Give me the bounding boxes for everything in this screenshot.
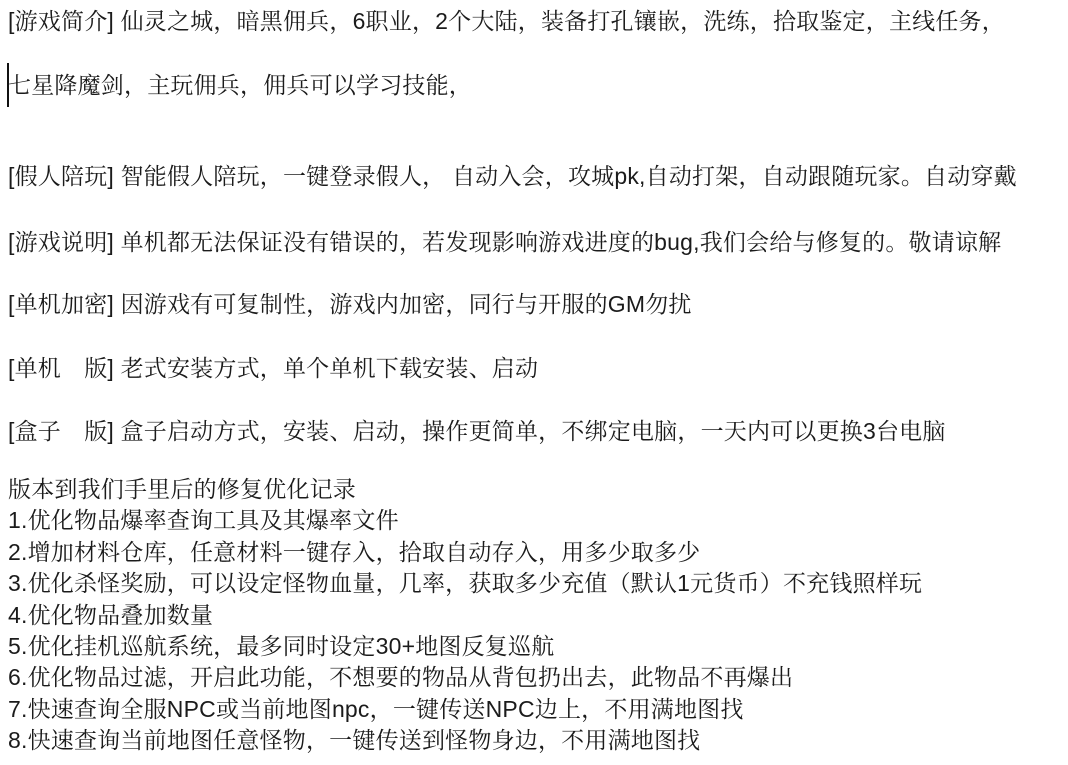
paragraph-game-intro-line2: 七星降魔剑，主玩佣兵，佣兵可以学习技能，: [8, 70, 472, 100]
changelog-item: 2.增加材料仓库，任意材料一键存入，拾取自动存入，用多少取多少: [8, 537, 922, 568]
changelog-item: 1.优化物品爆率查询工具及其爆率文件: [8, 505, 922, 536]
paragraph-standalone-edition: [单机 版] 老式安装方式，单个单机下载安装、启动: [8, 353, 538, 383]
paragraph-encryption: [单机加密] 因游戏有可复制性，游戏内加密，同行与开服的GM勿扰: [8, 289, 692, 319]
text-editor-area[interactable]: [游戏简介] 仙灵之城，暗黑佣兵，6职业，2个大陆，装备打孔镶嵌，洗练，拾取鉴定…: [0, 0, 1068, 765]
paragraph-game-intro-line1: [游戏简介] 仙灵之城，暗黑佣兵，6职业，2个大陆，装备打孔镶嵌，洗练，拾取鉴定…: [8, 6, 1005, 36]
changelog-item: 5.优化挂机巡航系统，最多同时设定30+地图反复巡航: [8, 631, 922, 662]
changelog-item: 7.快速查询全服NPC或当前地图npc，一键传送NPC边上，不用满地图找: [8, 694, 922, 725]
changelog-item: 3.优化杀怪奖励，可以设定怪物血量，几率，获取多少充值（默认1元货币）不充钱照样…: [8, 568, 922, 599]
paragraph-box-edition: [盒子 版] 盒子启动方式，安装、启动，操作更简单，不绑定电脑，一天内可以更换3…: [8, 416, 946, 446]
changelog-item: 6.优化物品过滤，开启此功能，不想要的物品从背包扔出去，此物品不再爆出: [8, 662, 922, 693]
changelog-section: 版本到我们手里后的修复优化记录 1.优化物品爆率查询工具及其爆率文件 2.增加材…: [8, 474, 922, 757]
changelog-item: 8.快速查询当前地图任意怪物，一键传送到怪物身边，不用满地图找: [8, 725, 922, 756]
paragraph-game-note: [游戏说明] 单机都无法保证没有错误的，若发现影响游戏进度的bug,我们会给与修…: [8, 227, 1001, 257]
paragraph-fake-player: [假人陪玩] 智能假人陪玩，一键登录假人， 自动入会，攻城pk,自动打架，自动跟…: [8, 161, 1017, 191]
changelog-item: 4.优化物品叠加数量: [8, 600, 922, 631]
changelog-title: 版本到我们手里后的修复优化记录: [8, 474, 922, 505]
